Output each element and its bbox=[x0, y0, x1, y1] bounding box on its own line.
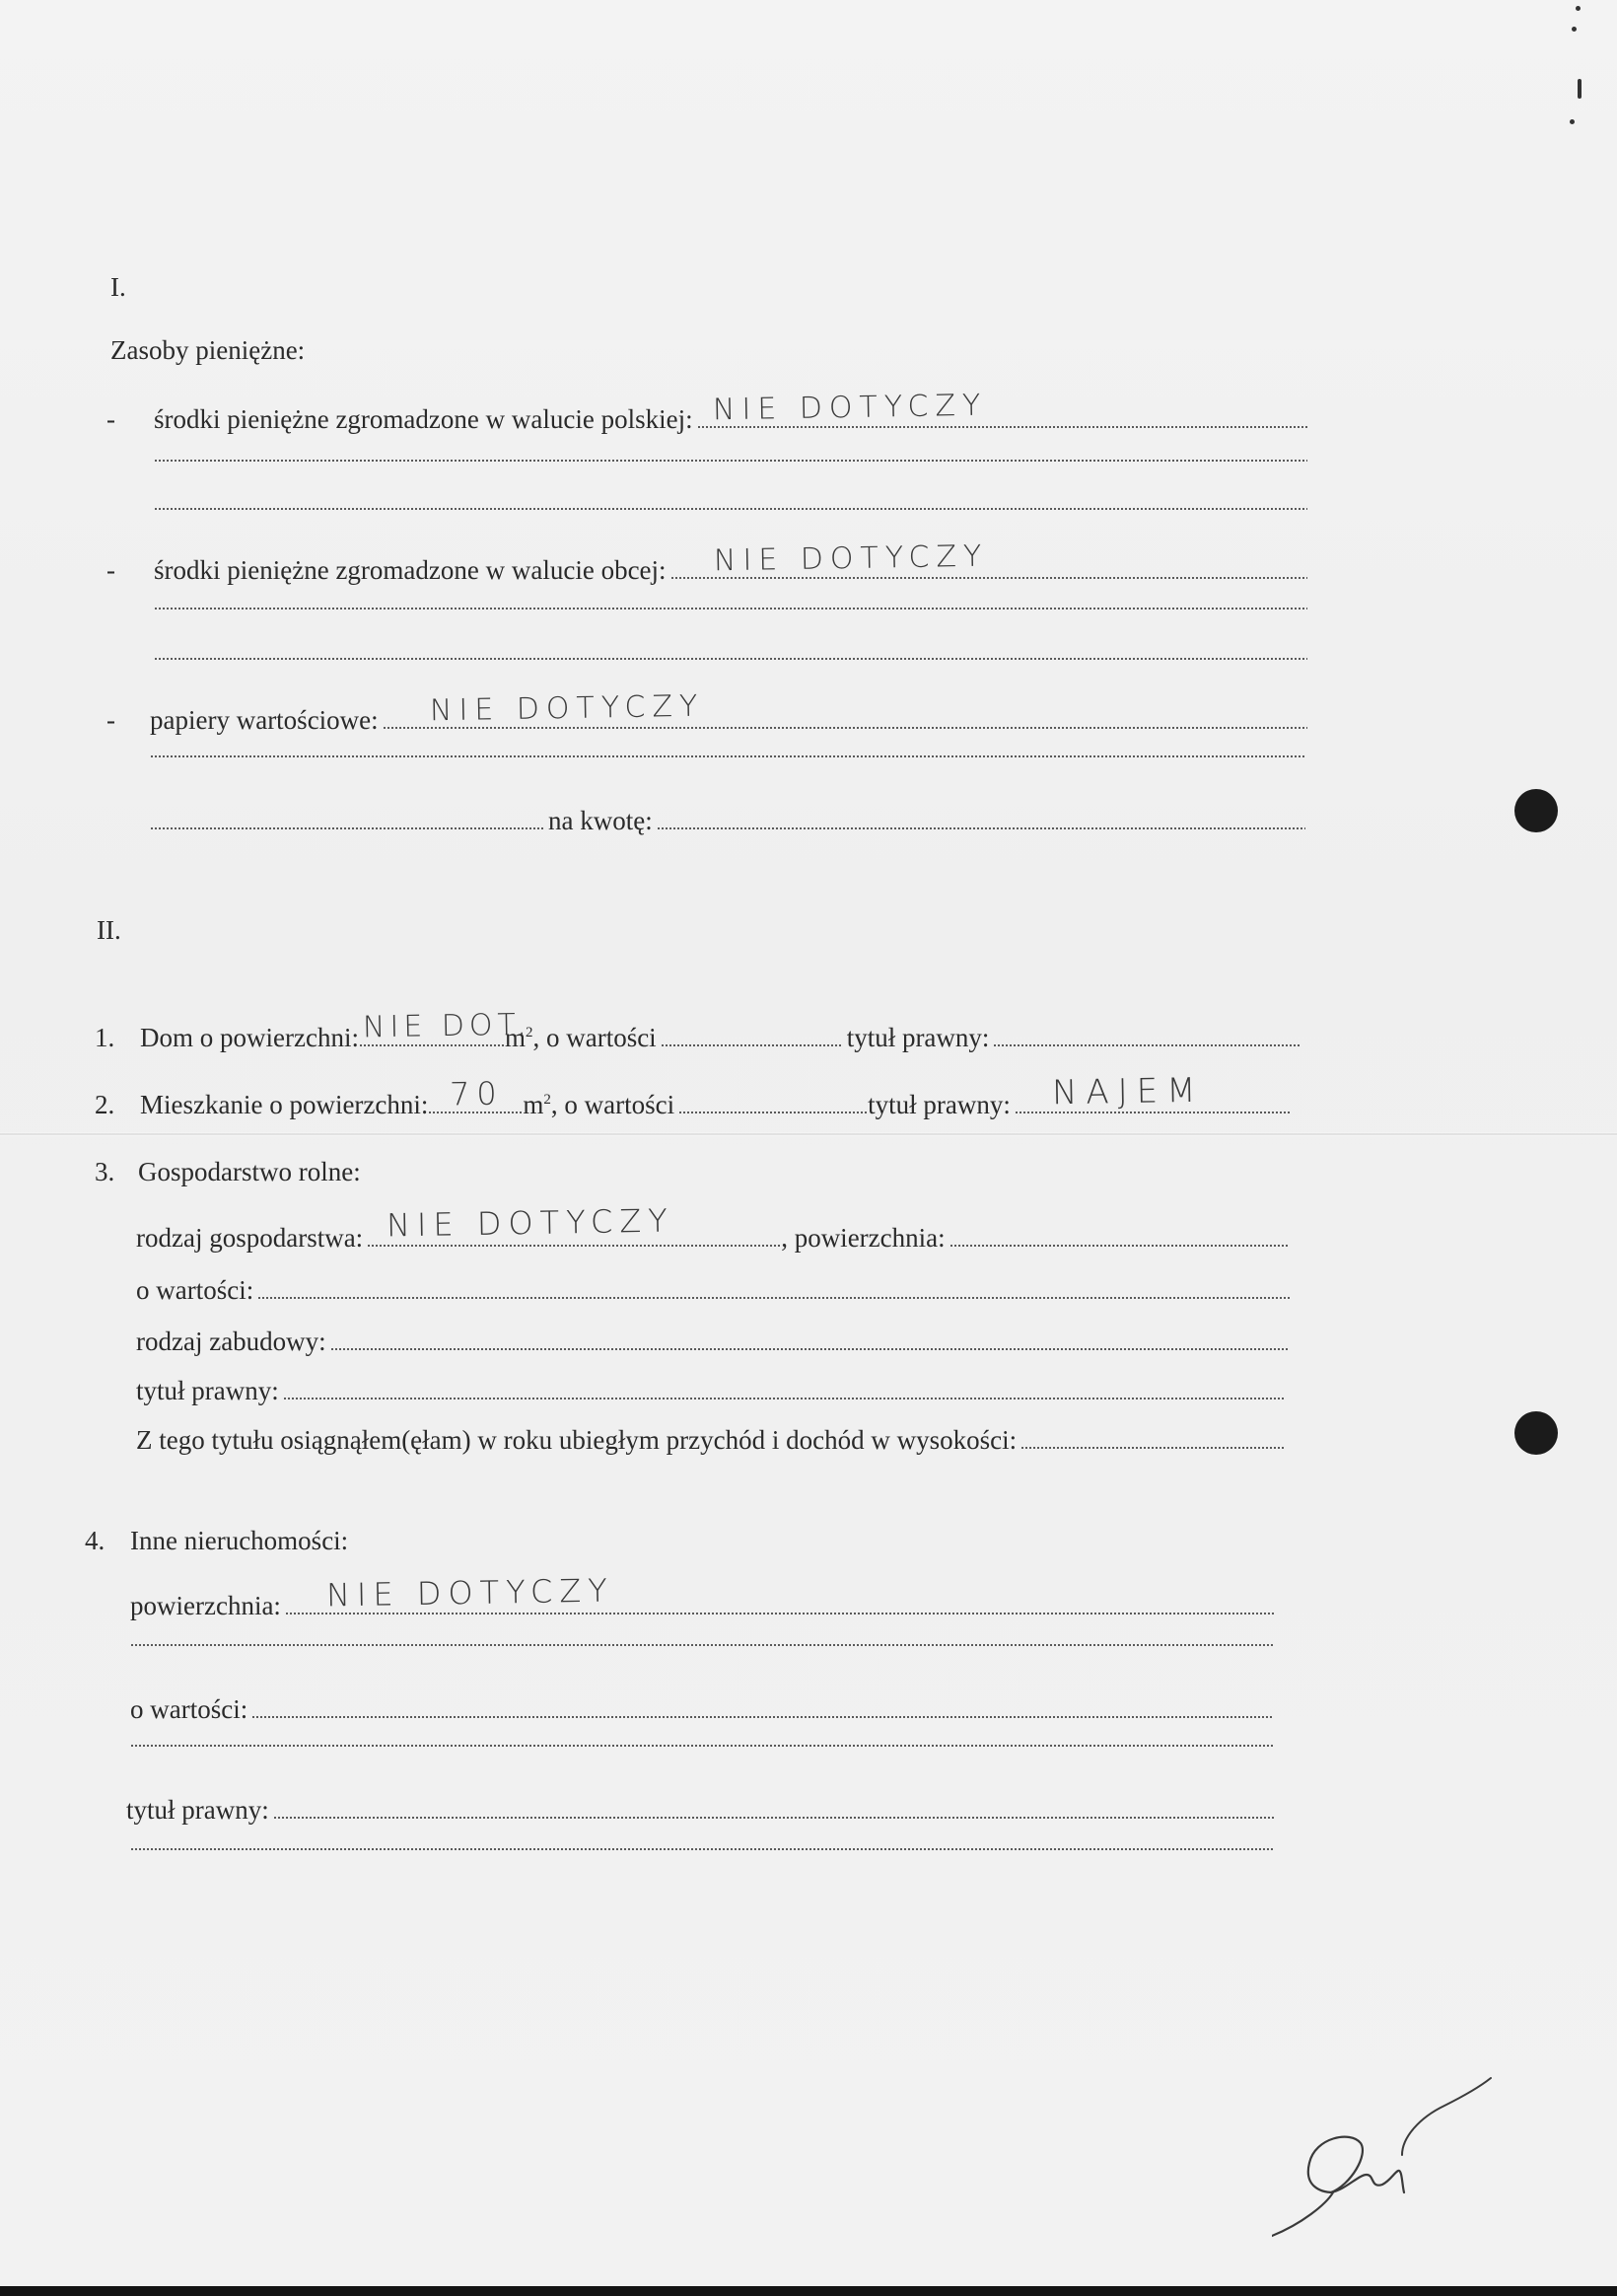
farm-buildings-field[interactable] bbox=[330, 1347, 1288, 1351]
staple-mark bbox=[1570, 119, 1575, 124]
farm-value-field[interactable] bbox=[257, 1296, 1290, 1300]
field-label: Dom o powierzchni: bbox=[140, 1021, 359, 1054]
handwritten-value: NIE DOTYCZY bbox=[713, 540, 988, 579]
field-row-farm-income: Z tego tytułu osiągnąłem(ęłam) w roku ub… bbox=[136, 1423, 1284, 1457]
house-area-field[interactable]: NIE DOT. bbox=[359, 1043, 505, 1047]
field-label: Inne nieruchomości: bbox=[130, 1524, 348, 1557]
foreign-funds-field[interactable]: NIE DOTYCZY bbox=[670, 576, 1307, 580]
field-label: rodzaj gospodarstwa: bbox=[136, 1221, 367, 1255]
field-label: środki pieniężne zgromadzone w walucie p… bbox=[154, 402, 697, 436]
field-row-foreign-funds: - środki pieniężne zgromadzone w walucie… bbox=[106, 553, 1307, 587]
foreign-funds-field-cont[interactable] bbox=[154, 607, 1307, 610]
staple-mark bbox=[1578, 79, 1582, 99]
item-number: 2. bbox=[95, 1088, 140, 1121]
field-row-farm-value: o wartości: bbox=[136, 1273, 1290, 1307]
unit-superscript: 2 bbox=[543, 1092, 551, 1108]
field-label: na kwotę: bbox=[544, 804, 657, 837]
field-row-apartment: 2. Mieszkanie o powierzchni: 70 m2 , o w… bbox=[95, 1088, 1292, 1121]
field-row-pln-funds: - środki pieniężne zgromadzone w walucie… bbox=[106, 402, 1307, 436]
pln-funds-field[interactable]: NIE DOTYCZY bbox=[697, 425, 1307, 429]
farm-title-field[interactable] bbox=[283, 1397, 1286, 1400]
bullet: - bbox=[106, 402, 154, 436]
form-page: I. Zasoby pieniężne: - środki pieniężne … bbox=[0, 0, 1617, 2296]
paper-fold-line bbox=[0, 1132, 1617, 1136]
securities-amount-field[interactable] bbox=[657, 826, 1305, 830]
farm-area-field[interactable] bbox=[949, 1244, 1290, 1248]
field-label: o wartości: bbox=[136, 1273, 257, 1307]
handwritten-value: NIE DOTYCZY bbox=[326, 1573, 614, 1612]
handwritten-value: 70 bbox=[450, 1077, 504, 1112]
continuation-line bbox=[154, 657, 1307, 668]
field-row-farm-type: rodzaj gospodarstwa: NIE DOTYCZY , powie… bbox=[136, 1221, 1290, 1255]
handwritten-value: NIE DOTYCZY bbox=[429, 690, 704, 729]
bullet: - bbox=[106, 553, 154, 587]
continuation-line bbox=[130, 1847, 1274, 1858]
field-label: rodzaj zabudowy: bbox=[136, 1325, 330, 1358]
foreign-funds-field-cont[interactable] bbox=[154, 657, 1307, 661]
unit-label: m2 bbox=[523, 1088, 551, 1121]
field-row-securities: - papiery wartościowe: NIE DOTYCZY bbox=[106, 703, 1307, 737]
field-label: środki pieniężne zgromadzone w walucie o… bbox=[154, 553, 670, 587]
field-row-other-title: tytuł prawny: bbox=[126, 1793, 1274, 1827]
continuation-line bbox=[154, 459, 1307, 469]
field-row-farm-buildings: rodzaj zabudowy: bbox=[136, 1325, 1288, 1358]
house-title-field[interactable] bbox=[993, 1043, 1300, 1047]
field-row-other-value: o wartości: bbox=[130, 1692, 1274, 1726]
apartment-area-field[interactable]: 70 bbox=[428, 1111, 523, 1114]
apartment-title-field[interactable]: NAJEM bbox=[1015, 1111, 1292, 1114]
pln-funds-field-cont[interactable] bbox=[154, 507, 1307, 511]
staple-mark bbox=[1576, 6, 1581, 11]
field-label: powierzchnia: bbox=[130, 1589, 285, 1622]
scan-border bbox=[0, 2286, 1617, 2296]
continuation-line bbox=[150, 754, 1305, 765]
apartment-value-field[interactable] bbox=[678, 1111, 868, 1114]
item-3-heading: 3. Gospodarstwo rolne: bbox=[95, 1155, 361, 1188]
field-label: , o wartości bbox=[532, 1021, 660, 1054]
item-number: 3. bbox=[95, 1155, 138, 1188]
field-label: , powierzchnia: bbox=[781, 1221, 949, 1255]
continuation-line bbox=[154, 607, 1307, 617]
house-value-field[interactable] bbox=[661, 1043, 843, 1047]
field-row-other-area: powierzchnia: NIE DOTYCZY bbox=[130, 1589, 1274, 1622]
signature bbox=[1272, 2076, 1499, 2254]
item-4-heading: 4. Inne nieruchomości: bbox=[85, 1524, 348, 1557]
unit: m bbox=[523, 1090, 543, 1119]
handwritten-value: NIE DOT. bbox=[363, 1009, 531, 1045]
field-label: Z tego tytułu osiągnąłem(ęłam) w roku ub… bbox=[136, 1423, 1020, 1457]
handwritten-value: NIE DOTYCZY bbox=[387, 1203, 674, 1242]
field-label: papiery wartościowe: bbox=[150, 703, 383, 737]
item-number: 1. bbox=[95, 1021, 140, 1054]
field-row-farm-title: tytuł prawny: bbox=[136, 1374, 1286, 1407]
field-label: tytuł prawny: bbox=[843, 1021, 994, 1054]
field-label: Mieszkanie o powierzchni: bbox=[140, 1088, 428, 1121]
staple-mark bbox=[1572, 27, 1577, 32]
punch-hole bbox=[1514, 789, 1558, 832]
field-label: Gospodarstwo rolne: bbox=[138, 1155, 361, 1188]
other-area-field-cont[interactable] bbox=[130, 1643, 1274, 1647]
section-1-heading: I. bbox=[110, 272, 126, 303]
continuation-line bbox=[130, 1744, 1274, 1755]
handwritten-value: NAJEM bbox=[1052, 1074, 1205, 1111]
field-row-house: 1. Dom o powierzchni: NIE DOT. m2 , o wa… bbox=[95, 1021, 1300, 1054]
punch-hole bbox=[1514, 1411, 1558, 1455]
farm-income-field[interactable] bbox=[1020, 1446, 1284, 1450]
bullet: - bbox=[106, 703, 150, 737]
section-1-title: Zasoby pieniężne: bbox=[110, 335, 305, 366]
field-row-securities-amount: na kwotę: bbox=[150, 804, 1305, 837]
continuation-line bbox=[130, 1643, 1274, 1654]
field-label: tytuł prawny: bbox=[126, 1793, 273, 1827]
other-value-field[interactable] bbox=[251, 1715, 1274, 1719]
other-title-field[interactable] bbox=[273, 1816, 1274, 1820]
continuation-line bbox=[154, 507, 1307, 518]
item-number: 4. bbox=[85, 1524, 130, 1557]
handwritten-value: NIE DOTYCZY bbox=[712, 390, 987, 428]
pln-funds-field-cont[interactable] bbox=[154, 459, 1307, 463]
securities-desc-field[interactable] bbox=[150, 826, 544, 830]
other-area-field[interactable]: NIE DOTYCZY bbox=[285, 1612, 1274, 1615]
field-label: , o wartości bbox=[551, 1088, 678, 1121]
field-label: o wartości: bbox=[130, 1692, 251, 1726]
farm-type-field[interactable]: NIE DOTYCZY bbox=[367, 1244, 781, 1248]
field-label: tytuł prawny: bbox=[136, 1374, 283, 1407]
securities-field[interactable]: NIE DOTYCZY bbox=[383, 726, 1307, 730]
section-2-heading: II. bbox=[97, 915, 121, 946]
securities-field-cont[interactable] bbox=[150, 754, 1305, 758]
other-title-field-cont[interactable] bbox=[130, 1847, 1274, 1851]
other-value-field-cont[interactable] bbox=[130, 1744, 1274, 1748]
field-label: tytuł prawny: bbox=[868, 1088, 1015, 1121]
